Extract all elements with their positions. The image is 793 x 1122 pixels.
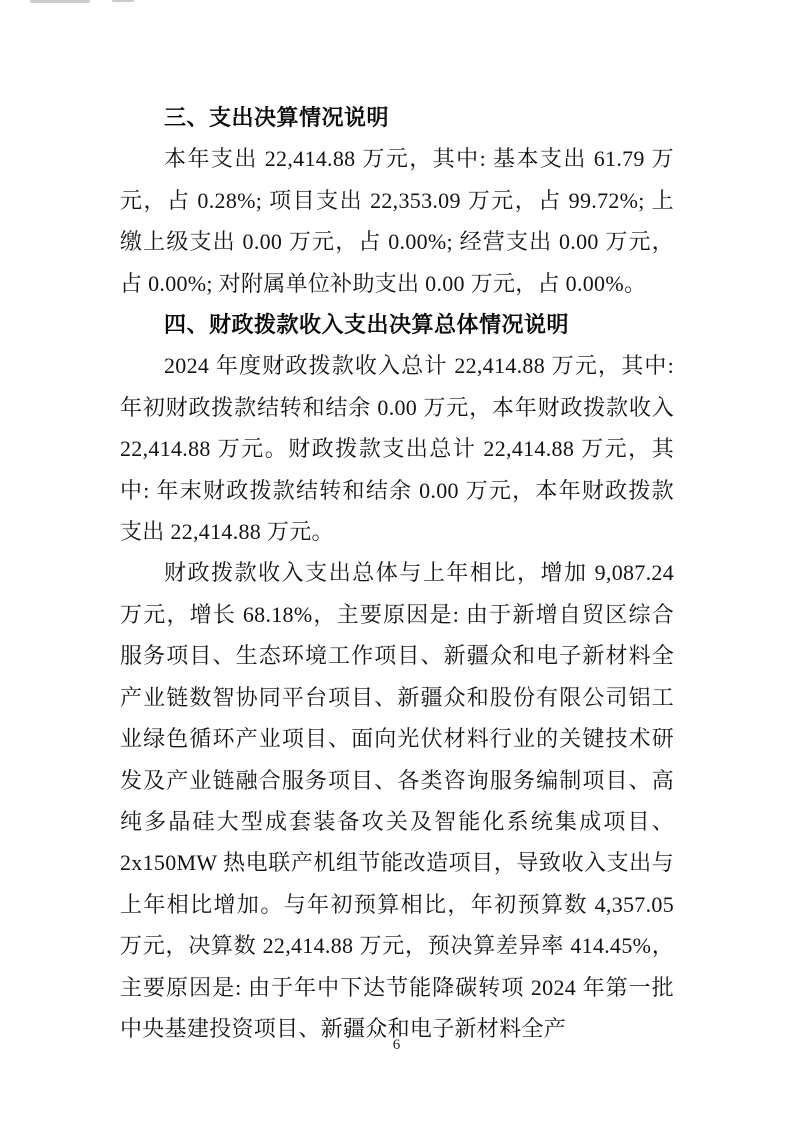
paragraph-fiscal-appropriation-comparison: 财政拨款收入支出总体与上年相比，增加 9,087.24 万元，增长 68.18%…: [120, 552, 674, 1049]
scan-artifact: [112, 0, 134, 2]
section-heading-fiscal-appropriation: 四、财政拨款收入支出决算总体情况说明: [120, 304, 674, 345]
document-page: 三、支出决算情况说明 本年支出 22,414.88 万元，其中: 基本支出 61…: [0, 0, 793, 1122]
section-heading-expenditure: 三、支出决算情况说明: [120, 97, 674, 138]
scan-artifact: [30, 0, 90, 3]
paragraph-fiscal-appropriation-totals: 2024 年度财政拨款收入总计 22,414.88 万元，其中: 年初财政拨款结…: [120, 345, 674, 552]
paragraph-expenditure-breakdown: 本年支出 22,414.88 万元，其中: 基本支出 61.79 万元，占 0.…: [120, 138, 674, 304]
document-content: 三、支出决算情况说明 本年支出 22,414.88 万元，其中: 基本支出 61…: [120, 97, 674, 1049]
page-number: 6: [0, 1037, 793, 1054]
